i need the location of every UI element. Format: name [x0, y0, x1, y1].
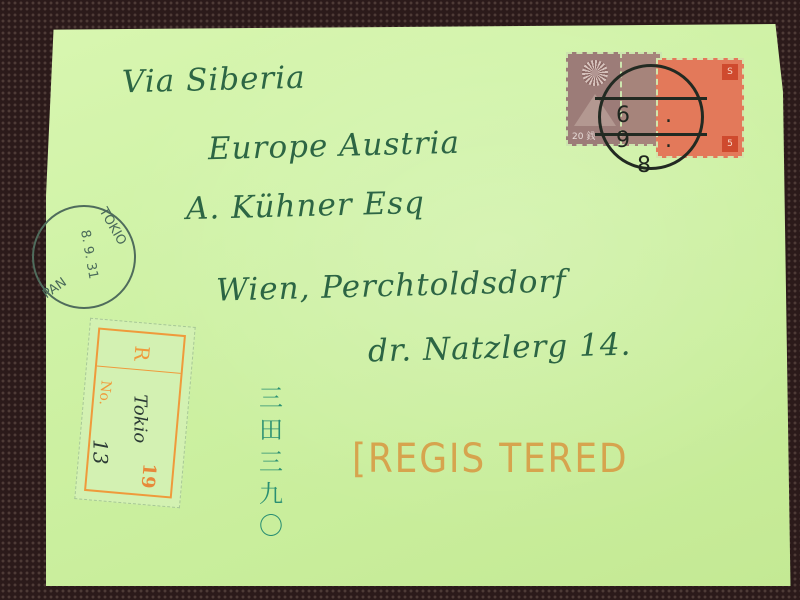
stamp-corner-top: S — [722, 64, 738, 80]
address-street: dr. Natzlerg 14. — [368, 327, 632, 370]
kanji-stamp: 三 田 三 九 〇 — [256, 382, 286, 542]
chrysanthemum-icon — [582, 60, 608, 86]
postmark-tokio: TOKIO 8. 9. 31 PAN — [32, 205, 136, 309]
postmark-tokyo: 6 . 9 . 8 — [598, 64, 704, 170]
stamp-value: 20 銭 — [572, 129, 595, 142]
kanji-char: 九 — [256, 478, 286, 510]
registration-number: 19 — [137, 462, 160, 489]
registered-stamp: [REGIS TERED — [352, 436, 628, 482]
postmark-country: PAN — [40, 275, 70, 302]
kanji-char: 〇 — [256, 510, 286, 542]
stamp-corner-value: 5 — [722, 136, 738, 152]
registration-hand-number: 13 — [89, 439, 113, 464]
address-recipient: A. Kühner Esq — [186, 185, 426, 227]
kanji-char: 三 — [256, 382, 286, 414]
postmark-bar — [595, 97, 707, 100]
postmark-date: 6 . 9 . 8 — [601, 103, 701, 178]
kanji-char: 三 — [256, 446, 286, 478]
registration-no-label: No. — [96, 380, 114, 406]
registration-city: Tokio — [130, 394, 151, 443]
divider — [97, 366, 181, 374]
postmark-date: 8. 9. 31 — [77, 229, 100, 280]
address-via: Via Siberia — [122, 60, 307, 101]
registration-label: R No. Tokio 13 19 — [74, 318, 195, 509]
registration-letter: R — [129, 345, 154, 362]
registration-border: R No. Tokio 13 19 — [84, 327, 186, 498]
kanji-char: 田 — [256, 414, 286, 446]
address-country: Europe Austria — [208, 125, 461, 168]
